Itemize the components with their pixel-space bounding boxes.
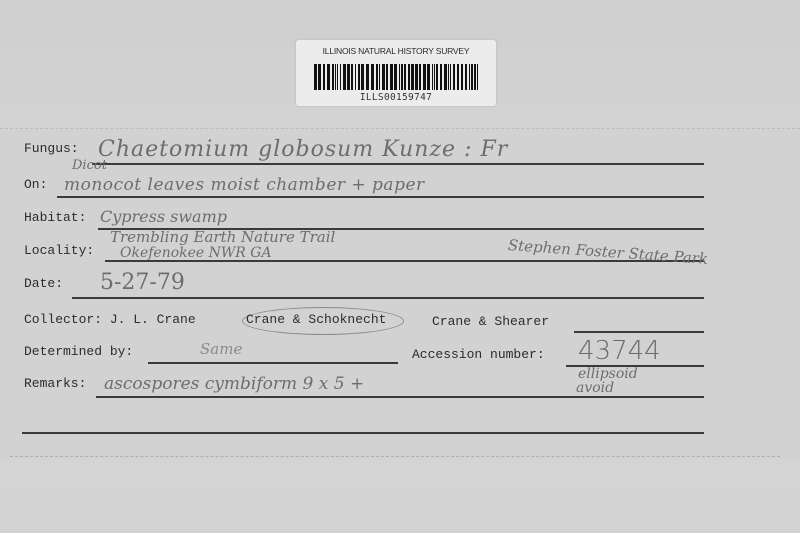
barcode-icon (314, 64, 478, 90)
remarks-value: ascospores cymbiform 9 x 5 + (104, 374, 364, 394)
determined-by-line (148, 362, 398, 364)
date-value: 5-27-79 (100, 270, 185, 295)
habitat-label: Habitat: (24, 210, 86, 225)
locality-value-line2: Okefenokee NWR GA (120, 245, 272, 261)
on-label: On: (24, 177, 47, 192)
barcode-id: ILLS00159747 (296, 92, 496, 103)
collector-line (574, 331, 704, 333)
date-label: Date: (24, 276, 63, 291)
specimen-sheet: ILLINOIS NATURAL HISTORY SURVEY ILLS0015… (0, 0, 800, 533)
habitat-value: Cypress swamp (100, 207, 227, 226)
on-value: monocot leaves moist chamber + paper (64, 175, 425, 195)
institution-name: ILLINOIS NATURAL HISTORY SURVEY (296, 46, 496, 56)
on-line (57, 196, 704, 198)
fungus-label: Fungus: (24, 141, 79, 156)
determined-by-value: Same (200, 340, 242, 358)
remarks-line (96, 396, 704, 398)
fungus-line (92, 163, 704, 165)
collector-option-2: Crane & Schoknecht (246, 312, 386, 327)
remarks-note-line2: avoid (576, 380, 614, 396)
barcode-sticker: ILLINOIS NATURAL HISTORY SURVEY ILLS0015… (296, 40, 496, 106)
accession-value: 43744 (578, 336, 661, 366)
collector-option-3: Crane & Shearer (432, 314, 549, 329)
locality-label: Locality: (24, 243, 94, 258)
collector-label: Collector: J. L. Crane (24, 312, 196, 327)
remarks-label: Remarks: (24, 376, 86, 391)
date-line (72, 297, 704, 299)
fungus-value: Chaetomium globosum Kunze : Fr (98, 137, 508, 162)
accession-label: Accession number: (412, 347, 545, 362)
locality-value-line1: Trembling Earth Nature Trail (110, 228, 335, 246)
label-bottom-edge (10, 456, 780, 457)
determined-by-label: Determined by: (24, 344, 133, 359)
on-correction: Dicot (72, 158, 107, 173)
remarks-line-2 (22, 432, 704, 434)
